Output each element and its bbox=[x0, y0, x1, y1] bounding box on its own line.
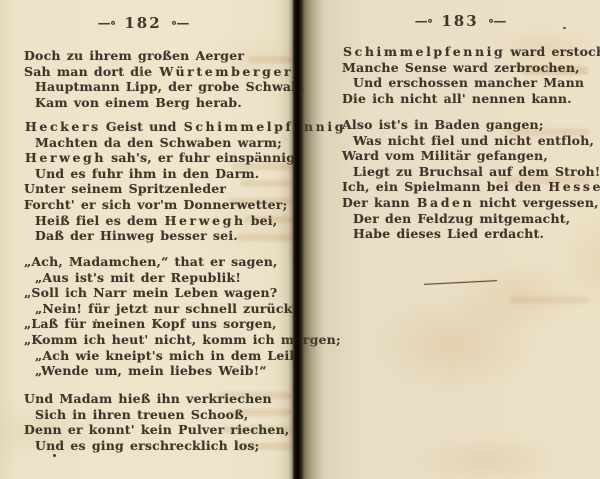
letterspaced-word: Heckers bbox=[25, 119, 101, 134]
poem-line: „Nein! für jetzt nur schnell zurück! bbox=[24, 301, 341, 317]
poem-line: „Laß für meinen Kopf uns sorgen, bbox=[24, 316, 341, 332]
poem-line: „Ach, Madamchen,“ that er sagen, bbox=[24, 254, 341, 270]
poem-line: Der den Feldzug mitgemacht, bbox=[342, 211, 600, 227]
ink-speck bbox=[140, 74, 142, 76]
poem-stanza: Schimmelpfennig ward erstochen,Manche Se… bbox=[342, 44, 600, 106]
poem-right: Schimmelpfennig ward erstochen,Manche Se… bbox=[296, 0, 600, 479]
poem-line: Ich, ein Spielmann bei den Hessen, bbox=[342, 179, 600, 195]
poem-line: Doch zu ihrem großen Aerger bbox=[24, 48, 305, 64]
letterspaced-word: Herwegh bbox=[165, 213, 246, 228]
poem-line: Also ist's in Baden gangen; bbox=[342, 117, 600, 133]
letterspaced-word: Hessen bbox=[548, 179, 600, 194]
poem-line: „Wende um, mein liebes Weib!“ bbox=[24, 363, 341, 379]
page-183: —∘183∘— Schimmelpfennig ward erstochen,M… bbox=[296, 0, 600, 479]
poem-left: Doch zu ihrem großen AergerSah man dort … bbox=[0, 0, 296, 479]
ink-speck bbox=[53, 454, 56, 457]
poem-line: Hauptmann Lipp, der grobe Schwab, bbox=[24, 79, 305, 95]
poem-line: Und Madam hieß ihn verkriechen bbox=[24, 391, 289, 407]
poem-line: Ward vom Militär gefangen, bbox=[342, 148, 600, 164]
poem-line: „Ach wie kneipt's mich in dem Leib, bbox=[24, 348, 341, 364]
poem-stanza: Und Madam hieß ihn verkriechenSich in ih… bbox=[24, 391, 289, 453]
page-182: —∘182∘— Doch zu ihrem großen AergerSah m… bbox=[0, 0, 296, 479]
poem-line: „Soll ich Narr mein Leben wagen? bbox=[24, 285, 341, 301]
letterspaced-word: Baden bbox=[417, 195, 474, 210]
poem-line: Sah man dort die Würtemberger; bbox=[24, 64, 305, 80]
poem-line: „Aus ist's mit der Republik! bbox=[24, 270, 341, 286]
poem-stanza: „Ach, Madamchen,“ that er sagen,„Aus ist… bbox=[24, 254, 341, 379]
letterspaced-word: Schimmelpfennig bbox=[343, 44, 505, 59]
poem-line: Der kann Baden nicht vergessen, bbox=[342, 195, 600, 211]
book-scan: —∘182∘— Doch zu ihrem großen AergerSah m… bbox=[0, 0, 600, 479]
ink-speck bbox=[95, 319, 97, 321]
poem-line: Und erschossen mancher Mann bbox=[342, 75, 600, 91]
poem-stanza: Also ist's in Baden gangen;Was nicht fie… bbox=[342, 117, 600, 242]
poem-line: Und es ging erschrecklich los; bbox=[24, 438, 289, 454]
ink-speck bbox=[563, 27, 566, 29]
poem-line: Liegt zu Bruchsal auf dem Stroh! — bbox=[342, 164, 600, 180]
letterspaced-word: Würtemberger bbox=[159, 64, 293, 79]
letterspaced-word: Herwegh bbox=[25, 150, 106, 165]
poem-line: Habe dieses Lied erdacht. bbox=[342, 226, 600, 242]
poem-line: „Komm ich heut' nicht, komm ich morgen; bbox=[24, 332, 341, 348]
poem-stanza: Doch zu ihrem großen AergerSah man dort … bbox=[24, 48, 305, 110]
poem-line: Kam von einem Berg herab. bbox=[24, 95, 305, 111]
poem-line: Denn er konnt' kein Pulver riechen, bbox=[24, 422, 289, 438]
poem-line: Was nicht fiel und nicht entfloh, bbox=[342, 133, 600, 149]
poem-line: Die ich nicht all' nennen kann. bbox=[342, 91, 600, 107]
poem-line: Manche Sense ward zerbrochen, bbox=[342, 60, 600, 76]
poem-line: Sich in ihren treuen Schooß, bbox=[24, 407, 289, 423]
poem-line: Schimmelpfennig ward erstochen, bbox=[342, 44, 600, 60]
